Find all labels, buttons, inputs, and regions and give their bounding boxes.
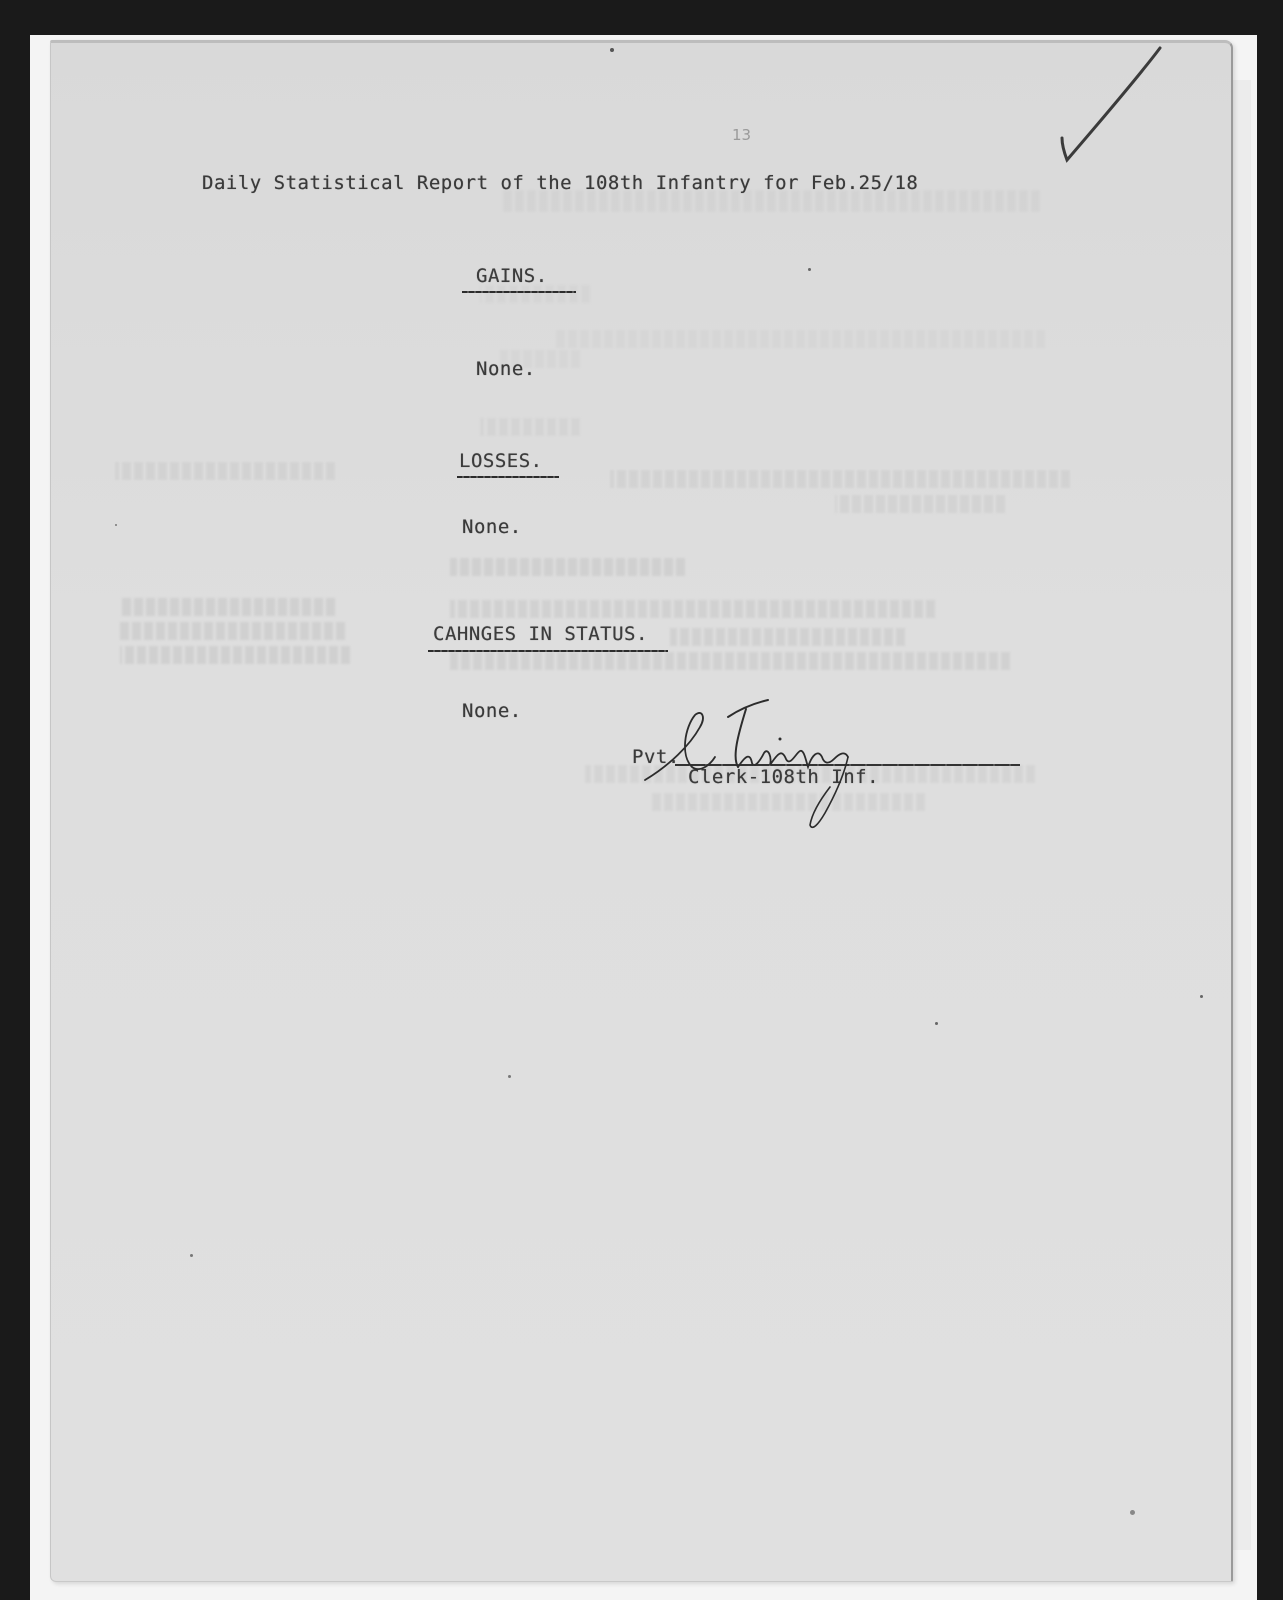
speck xyxy=(1130,1510,1135,1515)
bleed-through-text xyxy=(610,470,1070,488)
section-heading-losses: LOSSES. xyxy=(459,450,543,472)
scanned-document: 13 Daily Statistical Report of the 108th… xyxy=(0,0,1283,1600)
speck xyxy=(935,1022,938,1025)
section-body-losses: None. xyxy=(462,516,522,538)
page-edge xyxy=(1232,80,1251,1550)
section-heading-gains: GAINS. xyxy=(476,265,548,287)
speck xyxy=(808,268,811,271)
bleed-through-text xyxy=(480,285,590,303)
bleed-through-text xyxy=(450,558,685,576)
bleed-through-text xyxy=(555,330,1045,348)
speck xyxy=(190,1254,193,1257)
bleed-through-text xyxy=(120,646,350,664)
bleed-through-text xyxy=(120,622,345,640)
speck xyxy=(115,524,117,526)
section-body-gains: None. xyxy=(476,358,536,380)
bleed-through-text xyxy=(120,598,335,616)
bleed-through-text xyxy=(835,495,1005,513)
bleed-through-text xyxy=(115,462,335,480)
section-body-changes-in-status: None. xyxy=(462,700,522,722)
heading-underline xyxy=(462,291,576,293)
report-title: Daily Statistical Report of the 108th In… xyxy=(202,172,918,194)
bleed-through-text xyxy=(670,628,905,646)
speck xyxy=(610,48,614,52)
section-heading-changes-in-status: CAHNGES IN STATUS. xyxy=(433,623,648,645)
speck xyxy=(508,1075,511,1078)
check-mark-icon xyxy=(1050,40,1170,170)
page-number-mark: 13 xyxy=(732,126,751,144)
heading-underline xyxy=(457,476,559,478)
bleed-through-text xyxy=(480,418,580,436)
bleed-through-text xyxy=(450,600,935,618)
bleed-through-text xyxy=(450,652,1010,670)
heading-underline xyxy=(428,650,668,652)
speck xyxy=(1200,995,1203,998)
handwritten-signature xyxy=(640,695,880,835)
